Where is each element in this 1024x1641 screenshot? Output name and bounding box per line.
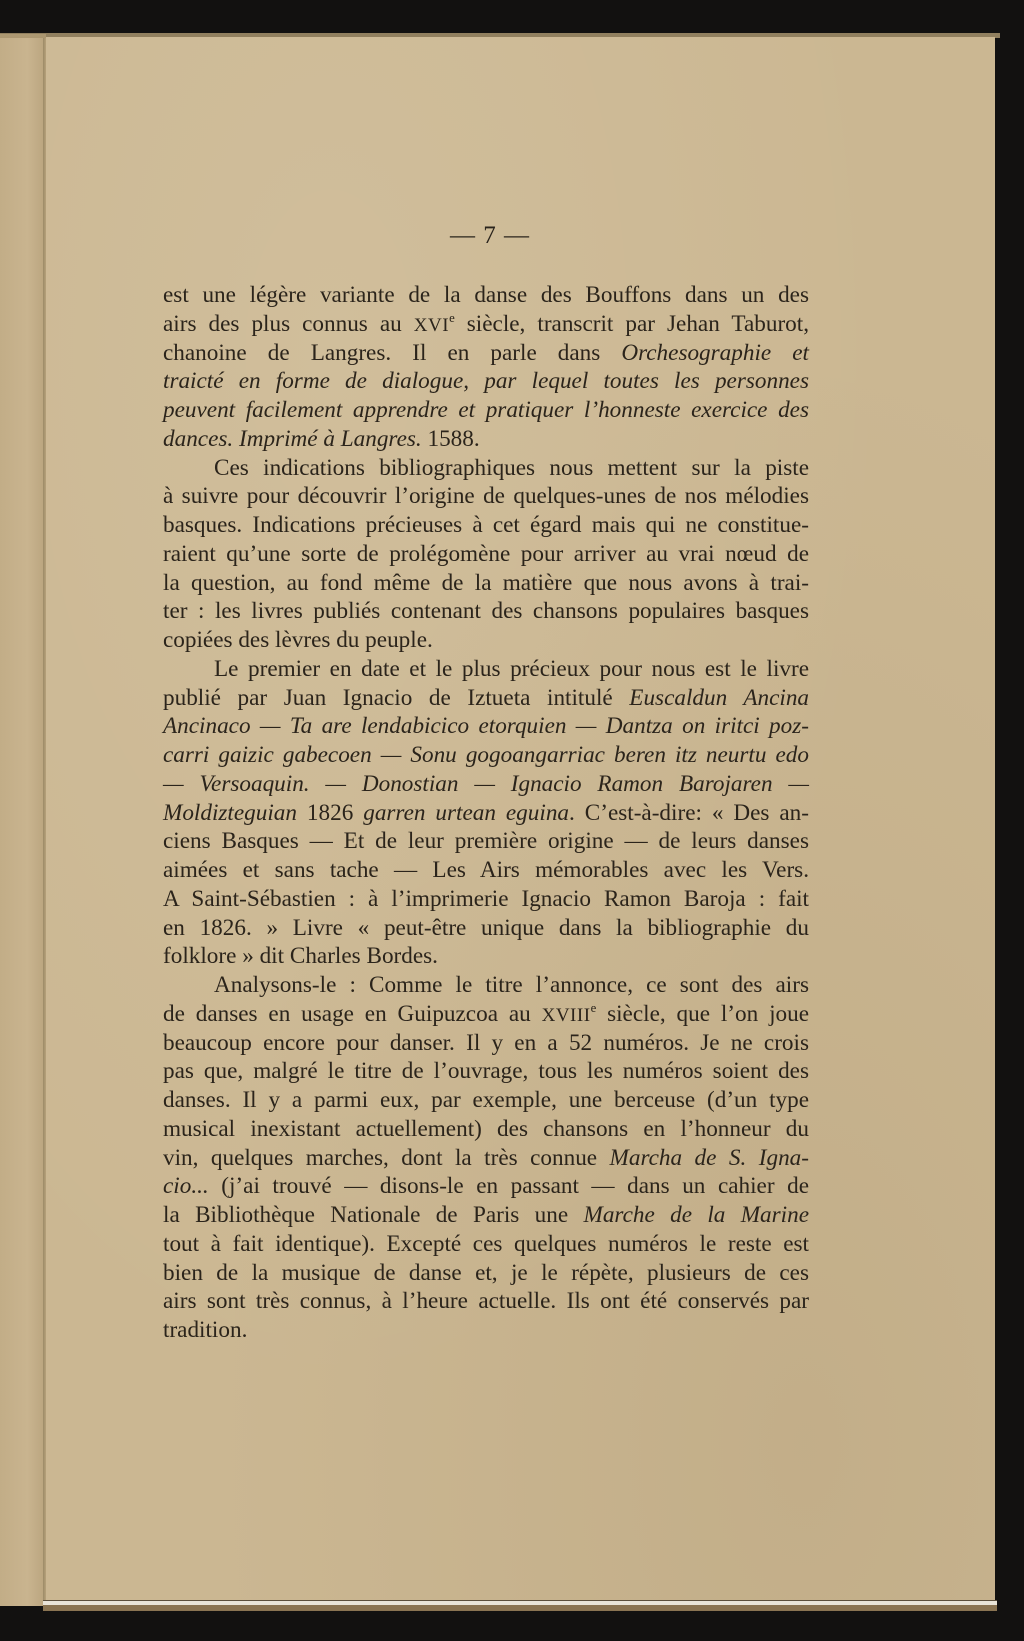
text-line: aimées et sans tache — Les Airs mémorabl… [163,856,809,885]
text-line: airs des plus connus au XVIe siècle, tra… [163,310,809,339]
text-line: vin, quelques marches, dont la très conn… [163,1144,809,1173]
text-run: XVI [414,315,449,336]
text-line: basques. Indications précieuses à cet ég… [163,511,809,540]
italic-text: Orchesographie et [621,340,809,366]
text-run: vin, quelques marches, dont la très conn… [163,1145,610,1171]
text-line: Ancinaco — Ta are lendabicico etorquien … [163,712,809,741]
text-run: danses. Il y a parmi eux, par exemple, u… [163,1087,809,1113]
text-run: 1826 [297,800,363,826]
text-line: est une légère variante de la danse des … [163,281,809,310]
text-run: en 1826. » Livre « peut-être unique dans… [163,915,809,941]
text-line: A Saint-Sébastien : à l’imprimerie Ignac… [163,885,809,914]
text-run: la Bibliothèque Nationale de Paris une [163,1202,584,1228]
page-number: — 7 — [430,222,550,250]
text-line: ter : les livres publiés contenant des c… [163,597,809,626]
paragraph: Ces indications bibliographiques nous me… [163,454,809,655]
text-run: airs des plus connus au [163,311,414,337]
text-run: XVIII [542,1005,591,1026]
text-run: pas que, malgré le titre de l’ouvrage, t… [163,1058,809,1084]
text-line: Ces indications bibliographiques nous me… [163,454,809,483]
text-run: raient qu’une sorte de prolégomène pour … [163,541,809,567]
text-line: carri gaizic gabecoen — Sonu gogoangarri… [163,741,809,770]
book-cover-edge [0,34,46,1606]
paragraph: Le premier en date et le plus précieux p… [163,655,809,971]
text-line: publié par Juan Ignacio de Iztueta intit… [163,684,809,713]
text-run: . C’est-à-dire: « Des an- [569,800,809,826]
text-line: Le premier en date et le plus précieux p… [163,655,809,684]
text-run: tradition. [163,1317,247,1343]
text-line: tradition. [163,1316,809,1345]
text-line: la question, au fond même de la matière … [163,569,809,598]
italic-text: Marche de la Marine [584,1202,809,1228]
text-line: Moldizteguian 1826 garren urtean eguina.… [163,799,809,828]
text-line: traicté en forme de dialogue, par lequel… [163,367,809,396]
text-line: — Versoaquin. — Donostian — Ignacio Ramo… [163,770,809,799]
page-underside [43,1605,997,1611]
text-run: de danses en usage en Guipuzcoa au [163,1001,542,1027]
text-run: la question, au fond même de la matière … [163,570,809,596]
text-line: dances. Imprimé à Langres. 1588. [163,425,809,454]
text-line: la Bibliothèque Nationale de Paris une M… [163,1201,809,1230]
text-run: siècle, transcrit par Jehan Taburot, [455,311,809,337]
text-line: bien de la musique de danse et, je le ré… [163,1259,809,1288]
text-run: airs sont très connus, à l’heure actuell… [163,1288,809,1314]
text-run: Le premier en date et le plus précieux p… [214,656,809,682]
italic-text: cio... [163,1173,209,1199]
text-line: chanoine de Langres. Il en parle dans Or… [163,339,809,368]
italic-text: traicté en forme de dialogue, par lequel… [163,368,809,394]
text-run: folklore » dit Charles Bordes. [163,943,438,969]
italic-text: garren urtean eguina [363,800,569,826]
italic-text: dances. Imprimé à Langres. [163,426,422,452]
text-run: siècle, que l’on joue [596,1001,809,1027]
text-run: chanoine de Langres. Il en parle dans [163,340,621,366]
italic-text: carri gaizic gabecoen — Sonu gogoangarri… [163,742,809,768]
text-run: est une légère variante de la danse des … [163,282,809,308]
text-run: ciens Basques — Et de leur première orig… [163,828,809,854]
text-line: tout à fait identique). Excepté ces quel… [163,1230,809,1259]
text-line: raient qu’une sorte de prolégomène pour … [163,540,809,569]
italic-text: Ancinaco — Ta are lendabicico etorquien … [163,713,809,739]
text-run: basques. Indications précieuses à cet ég… [163,512,809,538]
text-run: A Saint-Sébastien : à l’imprimerie Ignac… [163,886,809,912]
italic-text: Euscaldun Ancina [629,685,809,711]
text-line: copiées des lèvres du peuple. [163,626,809,655]
binding-fold [43,38,46,1604]
paragraph: est une légère variante de la danse des … [163,281,809,454]
italic-text: Moldizteguian [163,800,297,826]
text-line: de danses en usage en Guipuzcoa au XVIII… [163,1000,809,1029]
text-line: Analysons-le : Comme le titre l’annonce,… [163,971,809,1000]
text-run: copiées des lèvres du peuple. [163,627,433,653]
text-run: 1588. [422,426,480,452]
italic-text: — Versoaquin. — Donostian — Ignacio Ramo… [163,771,809,797]
text-line: musical inexistant actuellement) des cha… [163,1115,809,1144]
text-line: ciens Basques — Et de leur première orig… [163,827,809,856]
text-run: Analysons-le : Comme le titre l’annonce,… [214,972,809,998]
text-run: bien de la musique de danse et, je le ré… [163,1260,809,1286]
text-line: pas que, malgré le titre de l’ouvrage, t… [163,1057,809,1086]
text-line: en 1826. » Livre « peut-être unique dans… [163,914,809,943]
text-line: beaucoup encore pour danser. Il y en a 5… [163,1029,809,1058]
italic-text: peuvent facilement apprendre et pratique… [163,397,809,423]
body-text: est une légère variante de la danse des … [163,281,809,1345]
text-run: à suivre pour découvrir l’origine de que… [163,483,809,509]
text-run: beaucoup encore pour danser. Il y en a 5… [163,1030,809,1056]
paragraph: Analysons-le : Comme le titre l’annonce,… [163,971,809,1345]
text-line: peuvent facilement apprendre et pratique… [163,396,809,425]
text-run: (j’ai trouvé — disons-le en passant — da… [209,1173,809,1199]
text-line: à suivre pour découvrir l’origine de que… [163,482,809,511]
italic-text: Marcha de S. Igna- [610,1145,809,1171]
text-line: cio... (j’ai trouvé — disons-le en passa… [163,1172,809,1201]
text-run: Ces indications bibliographiques nous me… [214,455,809,481]
text-line: folklore » dit Charles Bordes. [163,942,809,971]
text-run: ter : les livres publiés contenant des c… [163,598,809,624]
text-run: aimées et sans tache — Les Airs mémorabl… [163,857,809,883]
text-run: musical inexistant actuellement) des cha… [163,1116,809,1142]
text-run: tout à fait identique). Excepté ces quel… [163,1231,809,1257]
text-run: publié par Juan Ignacio de Iztueta intit… [163,685,629,711]
text-line: danses. Il y a parmi eux, par exemple, u… [163,1086,809,1115]
text-line: airs sont très connus, à l’heure actuell… [163,1287,809,1316]
